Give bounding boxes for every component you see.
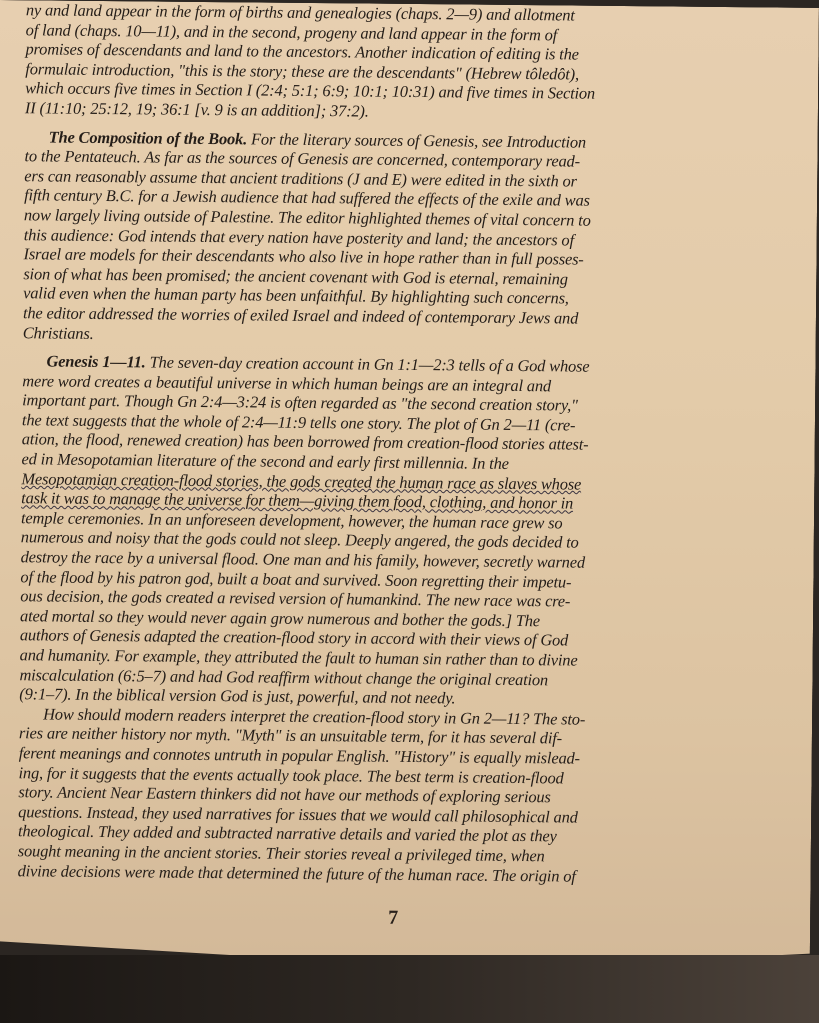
page-number: 7 [388,907,398,930]
table-shadow [0,955,819,1023]
line-text: divine decisions were made that determin… [18,861,576,885]
book-page: ny and land appear in the form of births… [0,0,819,983]
section-heading: Genesis 1—11. [46,352,145,372]
section-heading: The Composition of the Book. [49,127,248,148]
line-text: II (11:10; 25:12, 19; 36:1 [v. 9 is an a… [25,98,369,120]
line-text: Christians. [23,323,94,343]
line-text: For the literary sources of Genesis, see… [247,129,586,151]
page-body-text: ny and land appear in the form of births… [18,0,806,888]
